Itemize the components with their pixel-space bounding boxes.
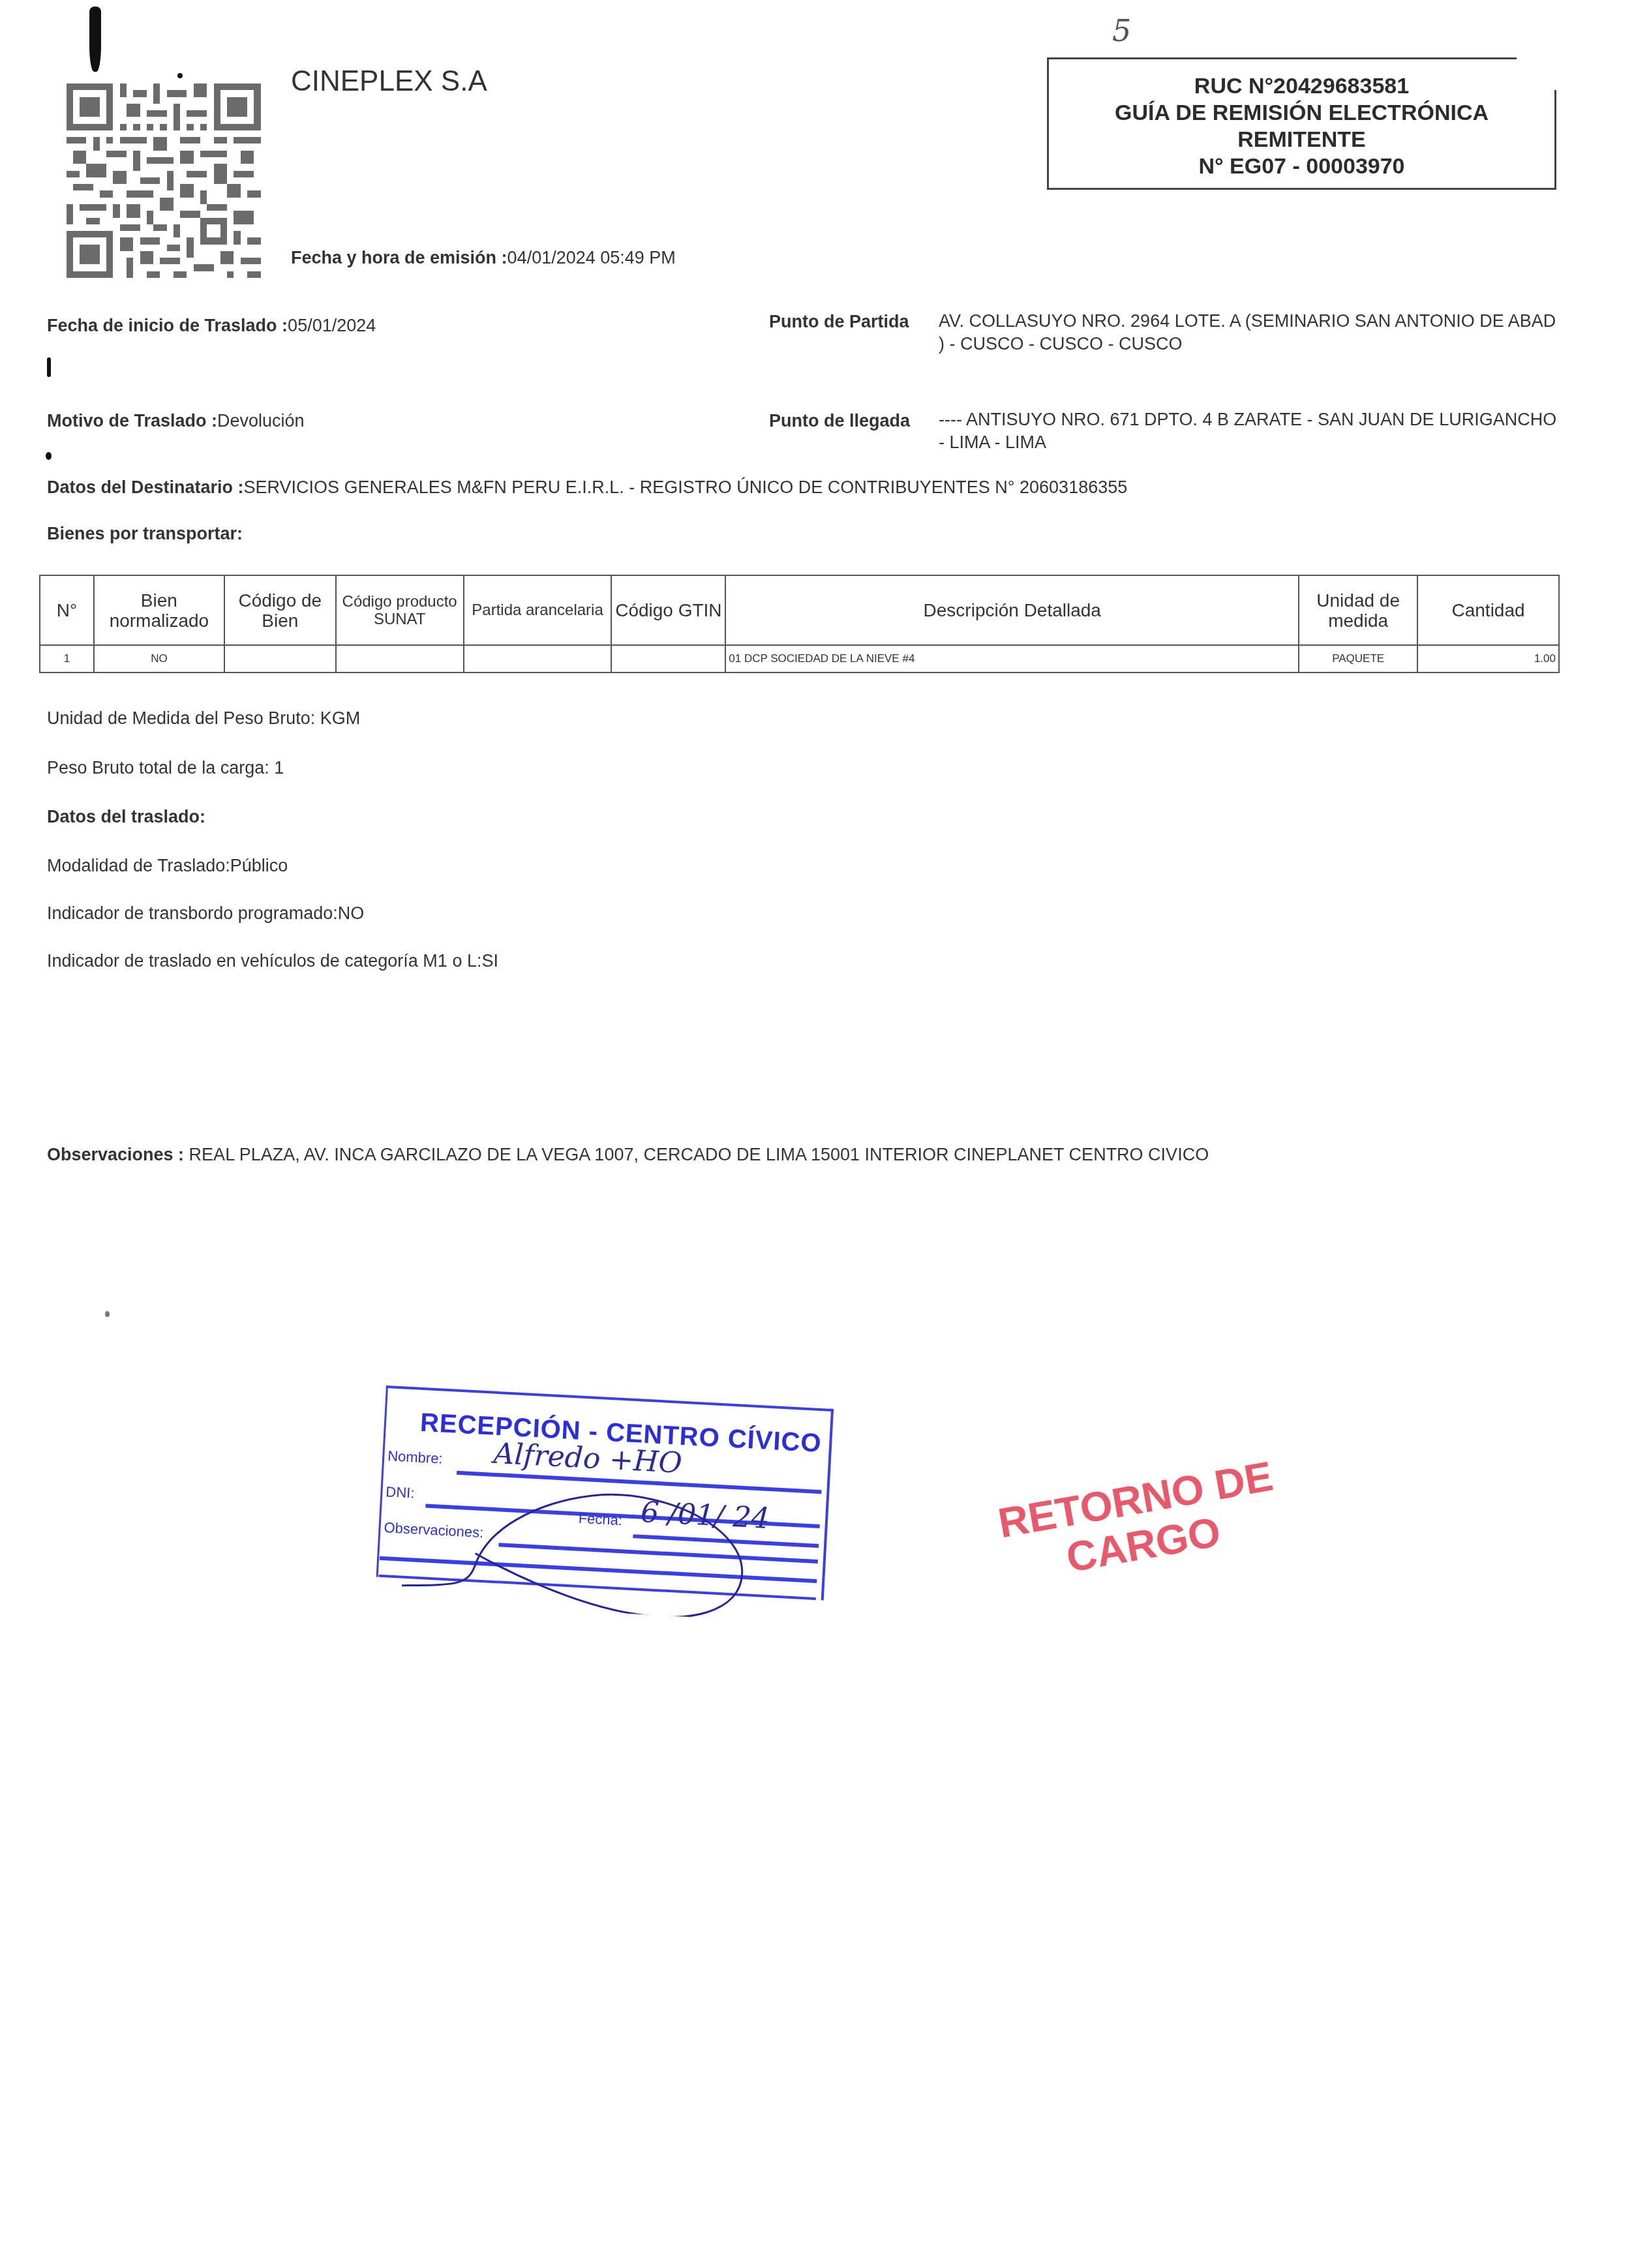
col-header: Unidad de medida (1299, 575, 1417, 645)
col-header: Código GTIN (611, 575, 725, 645)
col-header: Código producto SUNAT (336, 575, 464, 645)
observations: Observaciones : REAL PLAZA, AV. INCA GAR… (47, 1145, 1209, 1165)
document-type: GUÍA DE REMISIÓN ELECTRÓNICA (1049, 100, 1554, 127)
goods-heading: Bienes por transportar: (47, 524, 243, 544)
cell-descripcion: 01 DCP SOCIEDAD DE LA NIEVE #4 (725, 645, 1299, 673)
col-header: N° (40, 575, 94, 645)
scan-mark (46, 452, 52, 460)
col-header: Descripción Detallada (725, 575, 1299, 645)
weight-unit: Unidad de Medida del Peso Bruto: KGM (47, 708, 360, 729)
col-header: Partida arancelaria (464, 575, 612, 645)
emission-datetime: Fecha y hora de emisión :04/01/2024 05:4… (291, 248, 676, 268)
scan-mark (89, 7, 101, 72)
cell-normalizado: NO (94, 645, 224, 673)
signature-icon (375, 1385, 836, 1624)
table-row: 1 NO 01 DCP SOCIEDAD DE LA NIEVE #4 PAQU… (40, 645, 1559, 673)
destination-address: ---- ANTISUYO NRO. 671 DPTO. 4 B ZARATE … (939, 408, 1565, 454)
cell-gtin (611, 645, 725, 673)
cell-partida (464, 645, 612, 673)
scan-mark (105, 1311, 110, 1317)
document-number: N° EG07 - 00003970 (1049, 153, 1554, 180)
document-id-box: RUC N°20429683581 GUÍA DE REMISIÓN ELECT… (1047, 57, 1556, 190)
cell-unidad: PAQUETE (1299, 645, 1417, 673)
company-name: CINEPLEX S.A (291, 65, 487, 98)
col-header: Código de Bien (224, 575, 336, 645)
transfer-modality: Modalidad de Traslado:Público (47, 856, 288, 876)
qr-code-icon (65, 83, 262, 278)
m1-vehicle-indicator: Indicador de traslado en vehículos de ca… (47, 951, 498, 971)
table-header-row: N° Bien normalizado Código de Bien Códig… (40, 575, 1559, 645)
col-header: Bien normalizado (94, 575, 224, 645)
recipient-data: Datos del Destinatario :SERVICIOS GENERA… (47, 477, 1127, 498)
cell-n: 1 (40, 645, 94, 673)
transfer-start-date: Fecha de inicio de Traslado :05/01/2024 (47, 316, 376, 336)
origin-label: Punto de Partida (769, 312, 909, 332)
scan-mark (177, 73, 183, 78)
return-cargo-stamp: RETORNO DE CARGO (977, 1450, 1308, 1633)
transfer-data-heading: Datos del traslado: (47, 807, 205, 827)
transshipment-indicator: Indicador de transbordo programado:NO (47, 903, 364, 924)
cell-codigo-sunat (336, 645, 464, 673)
reception-stamp: RECEPCIÓN - CENTRO CÍVICO Nombre: Alfred… (376, 1385, 836, 1605)
document-subtype: REMITENTE (1049, 127, 1554, 153)
scan-mark (47, 357, 51, 377)
origin-address: AV. COLLASUYO NRO. 2964 LOTE. A (SEMINAR… (939, 310, 1565, 355)
handwritten-page-number: 5 (1112, 13, 1131, 48)
transfer-reason: Motivo de Traslado :Devolución (47, 411, 305, 431)
goods-table: N° Bien normalizado Código de Bien Códig… (39, 575, 1560, 673)
gross-weight: Peso Bruto total de la carga: 1 (47, 758, 284, 778)
ruc-number: RUC N°20429683581 (1049, 73, 1554, 100)
cell-codigo-bien (224, 645, 336, 673)
destination-label: Punto de llegada (769, 411, 910, 431)
col-header: Cantidad (1417, 575, 1559, 645)
cell-cantidad: 1.00 (1417, 645, 1559, 673)
